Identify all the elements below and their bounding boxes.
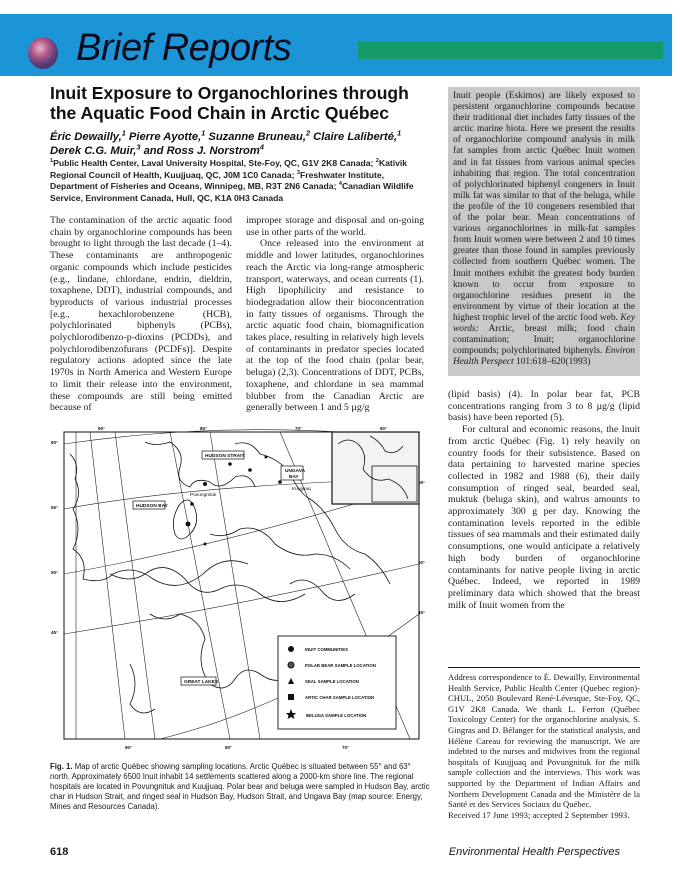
caption-label: Fig. 1. xyxy=(50,762,73,771)
axis-bottom-label: 70° xyxy=(342,745,349,750)
page-number: 618 xyxy=(50,846,68,858)
label-hudson-strait: HUDSON STRAIT xyxy=(205,453,245,459)
label-povungnituk: Povungnituk xyxy=(190,492,217,498)
axis-bottom-label: 80° xyxy=(225,745,232,750)
axis-left-label: 55° xyxy=(51,505,58,510)
axis-top-label: 90° xyxy=(98,426,105,431)
citation-ref: 101:618–620(1993) xyxy=(514,357,591,367)
author-list: Éric Dewailly,1 Pierre Ayotte,1 Suzanne … xyxy=(50,131,420,158)
globe-icon xyxy=(28,37,58,69)
abstract-text: Inuit people (Eskimos) are likely expose… xyxy=(453,91,635,323)
paragraph: Once released into the environment at mi… xyxy=(246,238,424,414)
paragraph: improper storage and disposal and on-goi… xyxy=(246,215,424,238)
legend-label: POLAR BEAR SAMPLE LOCATION xyxy=(305,663,376,668)
body-column-3: (lipid basis) (4). In polar bear fat, PC… xyxy=(448,389,640,611)
figure-1-map: 90° 80° 70° 60° 60° 55° 50° 45° 55° 50° … xyxy=(50,424,430,754)
body-column-1: The contamination of the arctic aquatic … xyxy=(50,215,232,414)
label-great-lakes: GREAT LAKES xyxy=(184,679,219,685)
body-column-2: improper storage and disposal and on-goi… xyxy=(246,215,424,414)
journal-name: Environmental Health Perspectives xyxy=(449,846,620,858)
axis-top-label: 60° xyxy=(380,426,387,431)
correspondence-footnote: Address correspondence to É. Dewailly, E… xyxy=(448,672,640,820)
author: Claire Laliberté,1 xyxy=(313,131,401,143)
figure-caption: Fig. 1. Map of arctic Québec showing sam… xyxy=(50,762,430,812)
footnote-divider xyxy=(448,667,640,668)
section-title: Brief Reports xyxy=(76,27,291,70)
label-hudson-bay: HUDSON BAY xyxy=(136,503,169,509)
label-kuujjuaq: Kuujjuaq xyxy=(292,486,311,492)
legend-label: BELUGA SAMPLE LOCATION xyxy=(306,713,366,718)
abstract-box: Inuit people (Eskimos) are likely expose… xyxy=(448,87,640,376)
section-banner: Brief Reports xyxy=(0,14,672,76)
axis-left-label: 60° xyxy=(51,440,58,445)
label-ungava-bay: UNGAVA xyxy=(285,468,306,474)
paragraph: For cultural and economic reasons, the I… xyxy=(448,424,640,611)
affiliations: 1Public Health Center, Laval University … xyxy=(50,158,422,204)
author: Derek C.G. Muir,3 xyxy=(50,145,140,157)
caption-text: Map of arctic Québec showing sampling lo… xyxy=(50,762,430,811)
author: Éric Dewailly,1 xyxy=(50,131,126,143)
axis-top-label: 80° xyxy=(200,426,207,431)
banner-accent-bar xyxy=(358,42,663,59)
paragraph: The contamination of the arctic aquatic … xyxy=(50,215,232,414)
article-title: Inuit Exposure to Organochlorines throug… xyxy=(50,83,420,123)
paragraph: (lipid basis) (4). In polar bear fat, PC… xyxy=(448,389,640,424)
axis-left-label: 50° xyxy=(51,570,58,575)
author: and Ross J. Norstrom4 xyxy=(144,145,264,157)
legend-label: ARTIC CHAR SAMPLE LOCATION xyxy=(305,695,374,700)
axis-bottom-label: 90° xyxy=(125,745,132,750)
legend-label: SEAL SAMPLE LOCATION xyxy=(305,679,359,684)
legend-label: INUIT COMMUNITIES xyxy=(305,647,348,652)
label-ungava-bay-2: BAY xyxy=(289,474,299,480)
received-date: Received 17 June 1993; accepted 2 Septem… xyxy=(448,810,640,821)
axis-left-label: 45° xyxy=(51,630,58,635)
